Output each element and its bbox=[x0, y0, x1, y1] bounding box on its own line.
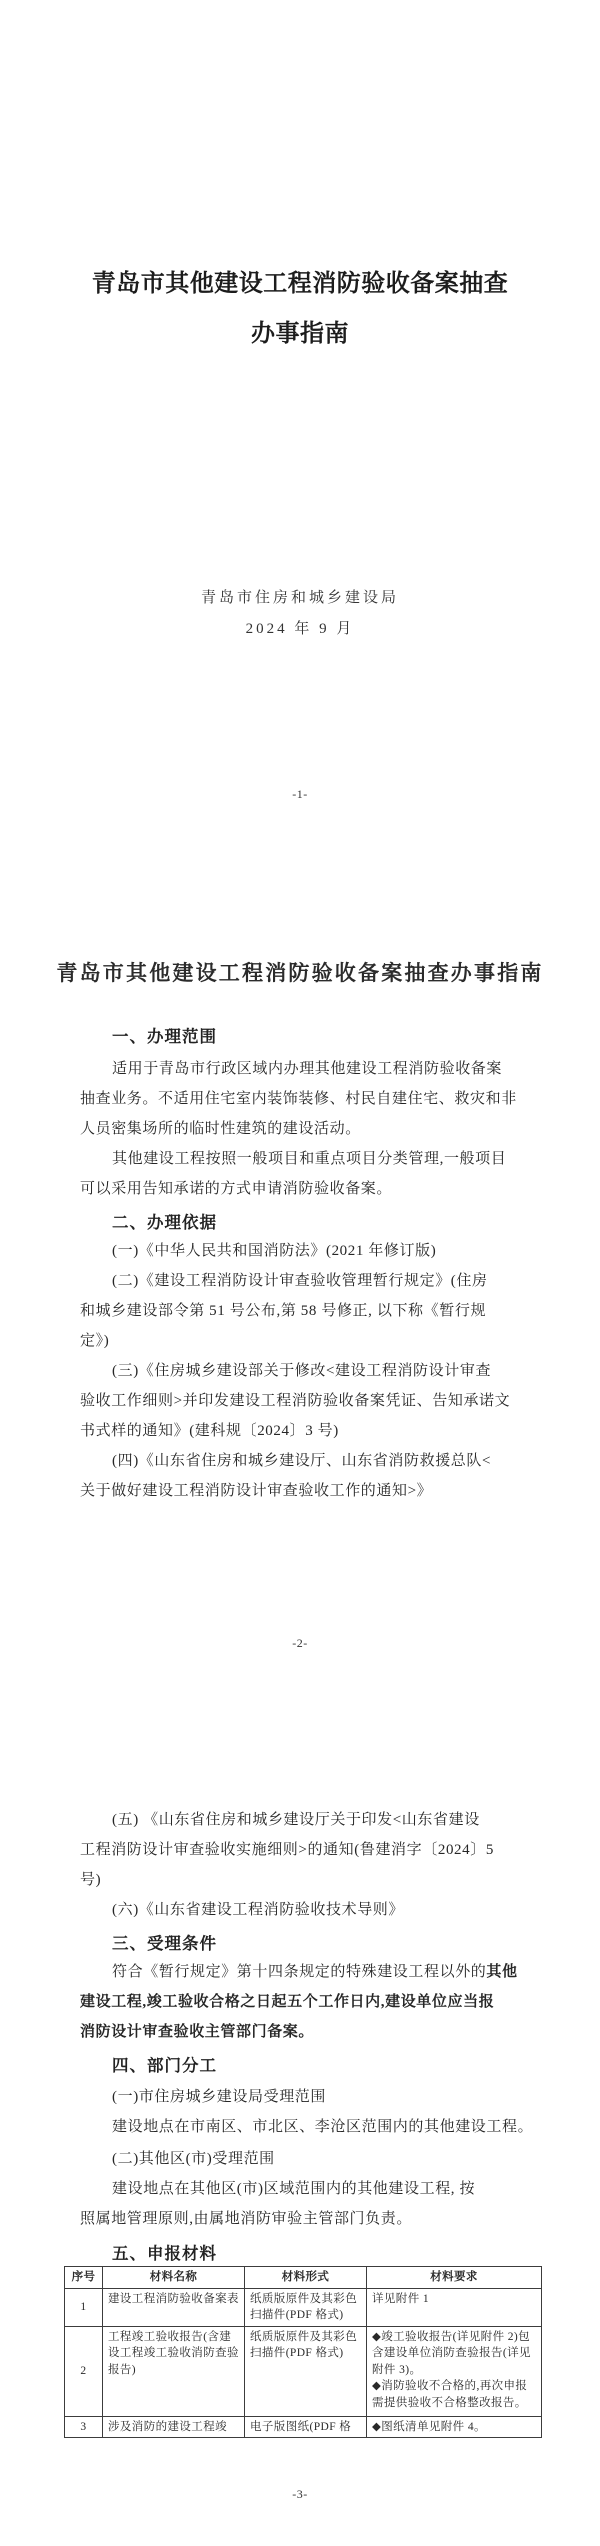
body-line: (二)《建设工程消防设计审查验收管理暂行规定》(住房 bbox=[112, 1269, 488, 1290]
body-line: 其他建设工程按照一般项目和重点项目分类管理,一般项目 bbox=[112, 1147, 506, 1168]
table-header-row: 序号 材料名称 材料形式 材料要求 bbox=[65, 2267, 542, 2289]
cell-form: 电子版图纸(PDF 格 bbox=[245, 2416, 367, 2438]
body-line: 消防设计审查验收主管部门备案。 bbox=[80, 2020, 314, 2041]
body-line: 人员密集场所的临时性建筑的建设活动。 bbox=[80, 1117, 361, 1138]
section-heading-basis: 二、办理依据 bbox=[112, 1209, 217, 1233]
doc-title: 青岛市其他建设工程消防验收备案抽查办事指南 bbox=[0, 957, 600, 987]
body-line: 号) bbox=[80, 1868, 101, 1889]
body-line: 抽查业务。不适用住宅室内装饰装修、村民自建住宅、救灾和非 bbox=[80, 1087, 517, 1108]
col-header-name: 材料名称 bbox=[103, 2267, 245, 2289]
body-line: 和城乡建设部令第 51 号公布,第 58 号修正, 以下称《暂行规 bbox=[80, 1299, 486, 1320]
body-line: (六)《山东省建设工程消防验收技术导则》 bbox=[112, 1898, 404, 1919]
document: 青岛市其他建设工程消防验收备案抽查 办事指南 青岛市住房和城乡建设局 2024 … bbox=[0, 0, 600, 2546]
body-line: (一)市住房城乡建设局受理范围 bbox=[112, 2085, 326, 2106]
body-line: 符合《暂行规定》第十四条规定的特殊建设工程以外的其他 bbox=[112, 1960, 518, 1981]
table-row: 1 建设工程消防验收备案表 纸质版原件及其彩色扫描件(PDF 格式) 详见附件 … bbox=[65, 2288, 542, 2326]
page-number-3: -3- bbox=[0, 2487, 600, 2502]
body-line: 建设地点在市南区、市北区、李沧区范围内的其他建设工程。 bbox=[112, 2115, 533, 2136]
body-line: 工程消防设计审查验收实施细则>的通知(鲁建消字〔2024〕5 bbox=[80, 1838, 494, 1859]
body-line: (三)《住房城乡建设部关于修改<建设工程消防设计审查 bbox=[112, 1359, 491, 1380]
cell-form: 纸质版原件及其彩色扫描件(PDF 格式) bbox=[245, 2326, 367, 2416]
section-heading-materials: 五、申报材料 bbox=[112, 2240, 217, 2264]
cover-organization: 青岛市住房和城乡建设局 bbox=[0, 586, 600, 607]
body-line: 验收工作细则>并印发建设工程消防验收备案凭证、告知承诺文 bbox=[80, 1389, 510, 1410]
cell-no: 3 bbox=[65, 2416, 103, 2438]
cell-name: 工程竣工验收报告(含建设工程竣工验收消防查验报告) bbox=[103, 2326, 245, 2416]
cell-req: 详见附件 1 bbox=[367, 2288, 542, 2326]
section-heading-scope: 一、办理范围 bbox=[112, 1023, 217, 1047]
body-line: (四)《山东省住房和城乡建设厅、山东省消防救援总队< bbox=[112, 1449, 491, 1470]
cover-title-line-2: 办事指南 bbox=[0, 313, 600, 348]
cell-no: 1 bbox=[65, 2288, 103, 2326]
materials-table: 序号 材料名称 材料形式 材料要求 1 建设工程消防验收备案表 纸质版原件及其彩… bbox=[64, 2266, 542, 2438]
requirement-item: ◆竣工验收报告(详见附件 2)包含建设单位消防查验报告(详见附件 3)。 bbox=[372, 2329, 536, 2379]
body-line: (一)《中华人民共和国消防法》(2021 年修订版) bbox=[112, 1239, 436, 1260]
body-text-normal: 符合《暂行规定》第十四条规定的特殊建设工程以外的 bbox=[112, 1964, 486, 1980]
page-number-1: -1- bbox=[0, 787, 600, 802]
col-header-form: 材料形式 bbox=[245, 2267, 367, 2289]
section-heading-accept: 三、受理条件 bbox=[112, 1930, 217, 1954]
cell-form: 纸质版原件及其彩色扫描件(PDF 格式) bbox=[245, 2288, 367, 2326]
body-line: 关于做好建设工程消防设计审查验收工作的通知>》 bbox=[80, 1479, 432, 1500]
page-number-2: -2- bbox=[0, 1636, 600, 1651]
body-line: (五) 《山东省住房和城乡建设厅关于印发<山东省建设 bbox=[112, 1808, 480, 1829]
body-line: 建设工程,竣工验收合格之日起五个工作日内,建设单位应当报 bbox=[80, 1990, 494, 2011]
cover-title-line-1: 青岛市其他建设工程消防验收备案抽查 bbox=[0, 263, 600, 298]
table-row: 2 工程竣工验收报告(含建设工程竣工验收消防查验报告) 纸质版原件及其彩色扫描件… bbox=[65, 2326, 542, 2416]
body-line: 建设地点在其他区(市)区域范围内的其他建设工程, 按 bbox=[112, 2177, 475, 2198]
requirement-item: 详见附件 1 bbox=[372, 2291, 536, 2308]
body-line: (二)其他区(市)受理范围 bbox=[112, 2147, 275, 2168]
body-text-bold: 其他 bbox=[486, 1964, 517, 1980]
cell-no: 2 bbox=[65, 2326, 103, 2416]
body-line: 照属地管理原则,由属地消防审验主管部门负责。 bbox=[80, 2207, 412, 2228]
cell-name: 涉及消防的建设工程竣 bbox=[103, 2416, 245, 2438]
body-line: 书式样的通知》(建科规〔2024〕3 号) bbox=[80, 1419, 339, 1440]
cell-req: ◆竣工验收报告(详见附件 2)包含建设单位消防查验报告(详见附件 3)。 ◆消防… bbox=[367, 2326, 542, 2416]
cover-date: 2024 年 9 月 bbox=[0, 617, 600, 638]
requirement-item: ◆图纸清单见附件 4。 bbox=[372, 2419, 536, 2436]
cell-req: ◆图纸清单见附件 4。 bbox=[367, 2416, 542, 2438]
body-line: 定》) bbox=[80, 1329, 109, 1350]
table-row: 3 涉及消防的建设工程竣 电子版图纸(PDF 格 ◆图纸清单见附件 4。 bbox=[65, 2416, 542, 2438]
col-header-no: 序号 bbox=[65, 2267, 103, 2289]
section-heading-division: 四、部门分工 bbox=[112, 2052, 217, 2076]
body-line: 适用于青岛市行政区域内办理其他建设工程消防验收备案 bbox=[112, 1057, 502, 1078]
col-header-req: 材料要求 bbox=[367, 2267, 542, 2289]
body-line: 可以采用告知承诺的方式申请消防验收备案。 bbox=[80, 1177, 392, 1198]
requirement-item: ◆消防验收不合格的,再次申报需提供验收不合格整改报告。 bbox=[372, 2378, 536, 2411]
cell-name: 建设工程消防验收备案表 bbox=[103, 2288, 245, 2326]
